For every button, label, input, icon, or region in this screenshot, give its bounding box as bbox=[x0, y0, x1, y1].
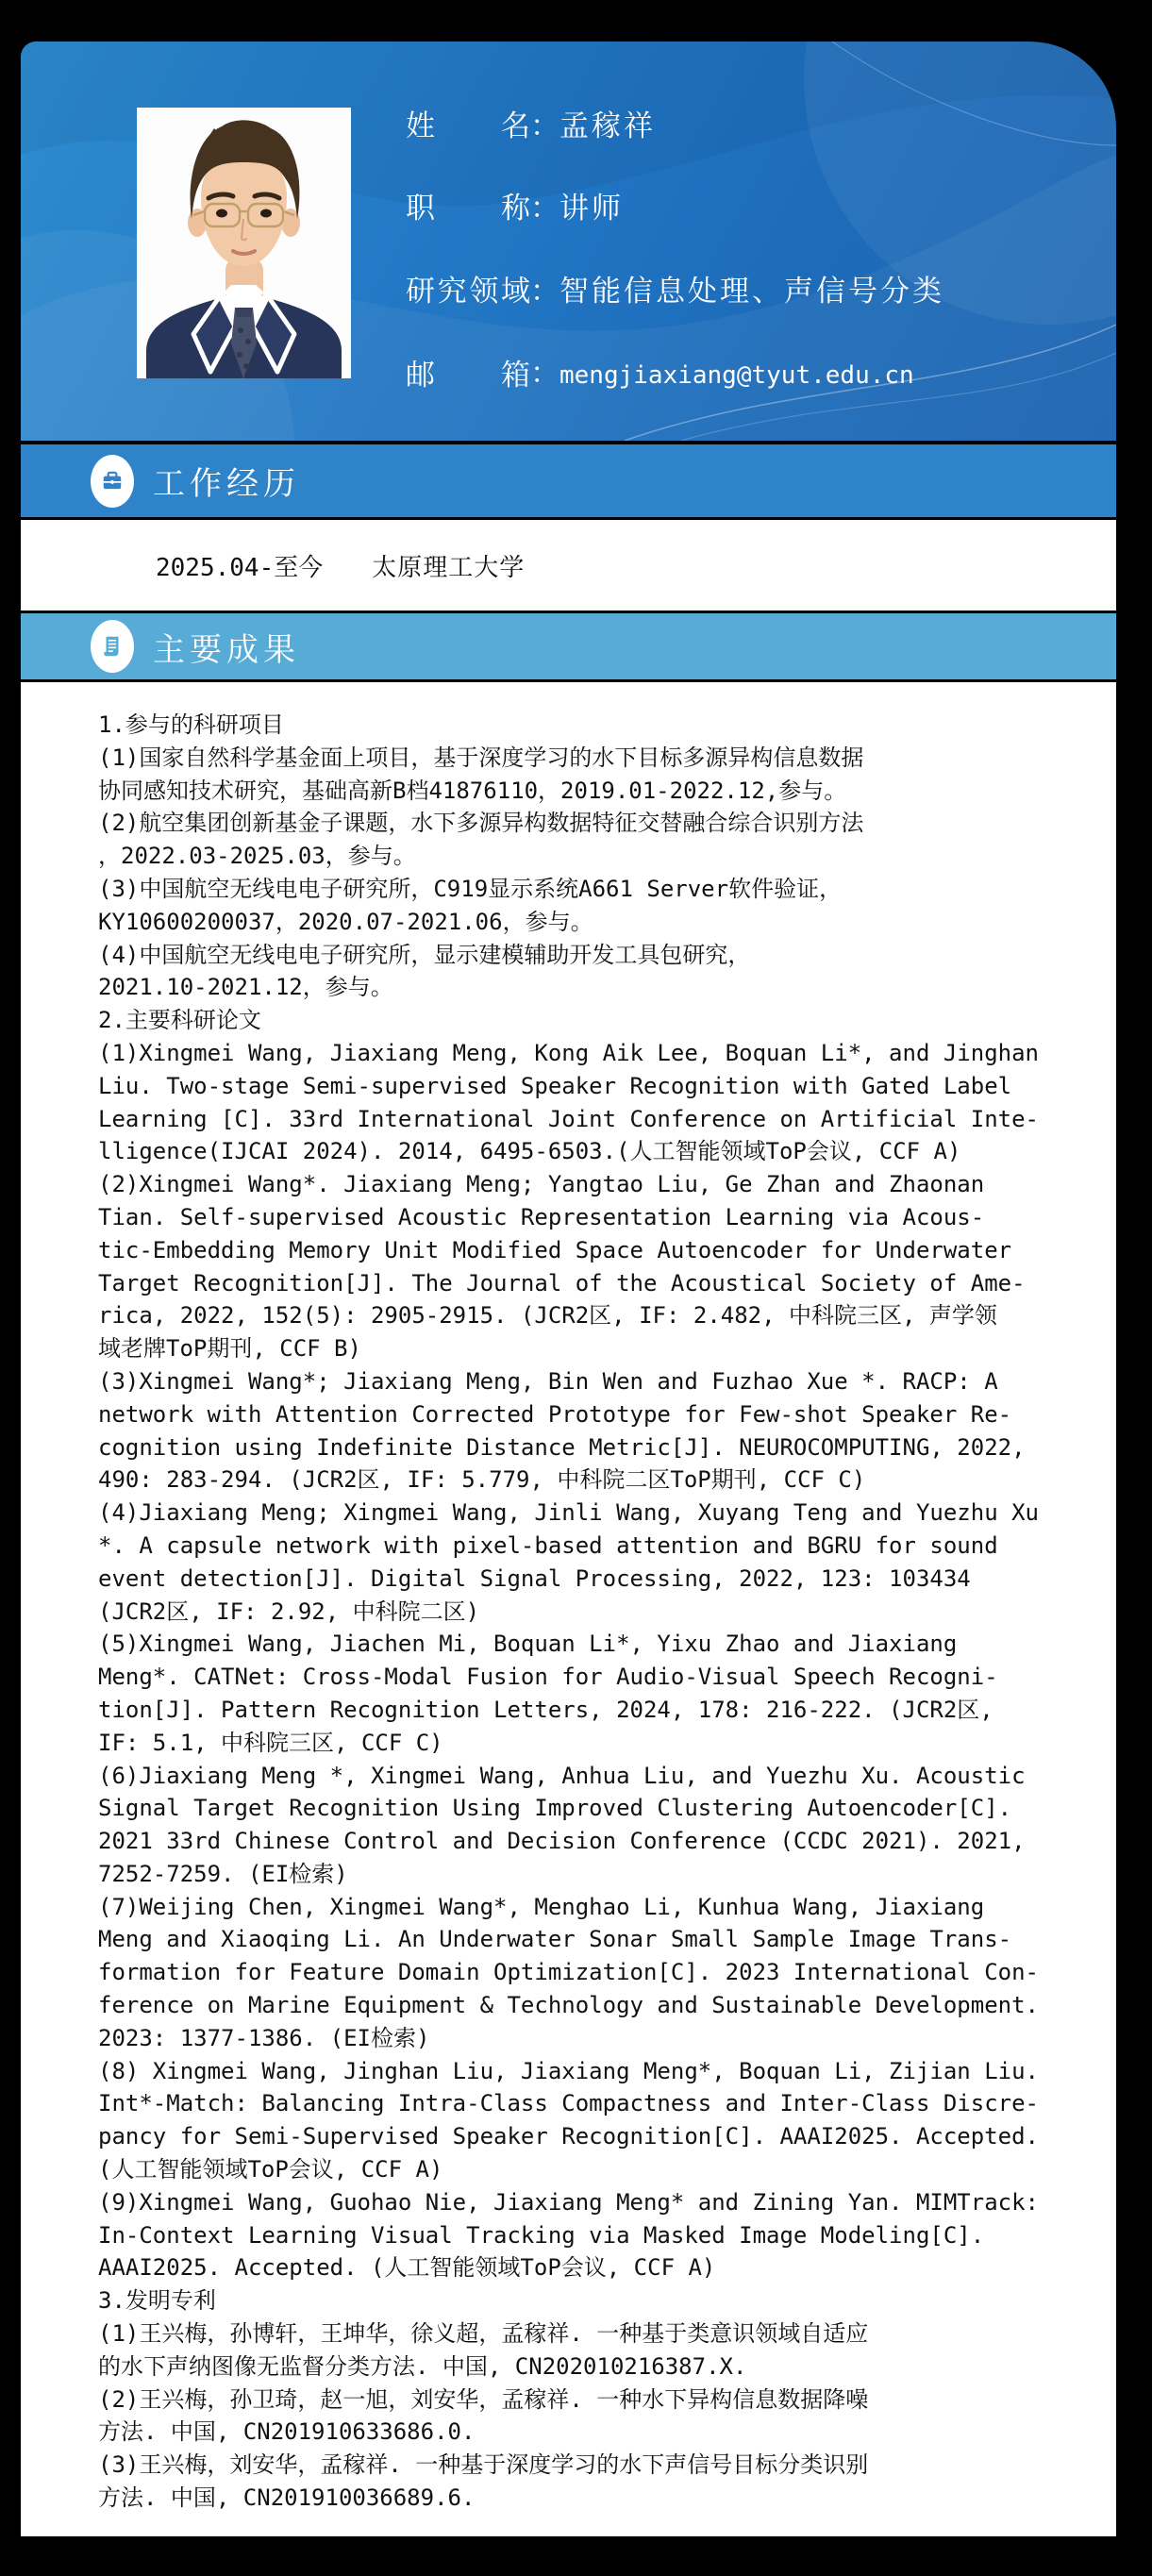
result-line: 1.参与的科研项目 bbox=[98, 709, 1099, 742]
result-line: (5)Xingmei Wang, Jiachen Mi, Boquan Li*,… bbox=[98, 1628, 1099, 1661]
result-line: 2.主要科研论文 bbox=[98, 1004, 1099, 1037]
result-line: Target Recognition[J]. The Journal of th… bbox=[98, 1267, 1099, 1300]
result-line: (人工智能领域ToP会议, CCF A) bbox=[98, 2153, 1099, 2186]
result-line: (9)Xingmei Wang, Guohao Nie, Jiaxiang Me… bbox=[98, 2186, 1099, 2219]
result-line: Liu. Two-stage Semi-supervised Speaker R… bbox=[98, 1070, 1099, 1103]
result-line: *. A capsule network with pixel-based at… bbox=[98, 1530, 1099, 1563]
work-experience-content: 2025.04-至今 太原理工大学 bbox=[21, 520, 1116, 611]
result-line: (1)王兴梅，孙博轩，王坤华，徐义超，孟稼祥. 一种基于类意识领域自适应 bbox=[98, 2317, 1099, 2350]
result-line: (3)中国航空无线电电子研究所，C919显示系统A661 Server软件验证， bbox=[98, 873, 1099, 906]
main-results-content: 1.参与的科研项目 (1)国家自然科学基金面上项目，基于深度学习的水下目标多源异… bbox=[21, 682, 1116, 2536]
result-line: (4)Jiaxiang Meng; Xingmei Wang, Jinli Wa… bbox=[98, 1497, 1099, 1530]
result-line: event detection[J]. Digital Signal Proce… bbox=[98, 1563, 1099, 1596]
result-line: KY10600200037，2020.07-2021.06，参与。 bbox=[98, 906, 1099, 939]
colon: ： bbox=[530, 192, 559, 226]
result-line: tic-Embedding Memory Unit Modified Space… bbox=[98, 1234, 1099, 1267]
name-row: 姓名：孟稼祥 bbox=[406, 109, 1116, 143]
result-line: formation for Feature Domain Optimizatio… bbox=[98, 1956, 1099, 1989]
result-line: cognition using Indefinite Distance Metr… bbox=[98, 1431, 1099, 1464]
result-line: (2)Xingmei Wang*. Jiaxiang Meng; Yangtao… bbox=[98, 1168, 1099, 1201]
result-line: AAAI2025. Accepted. (人工智能领域ToP会议, CCF A) bbox=[98, 2251, 1099, 2284]
portrait-photo bbox=[137, 108, 351, 378]
result-line: tion[J]. Pattern Recognition Letters, 20… bbox=[98, 1694, 1099, 1727]
portrait-illustration bbox=[137, 108, 351, 378]
colon: ： bbox=[530, 275, 559, 309]
result-line: 7252-7259. (EI检索) bbox=[98, 1858, 1099, 1891]
section-title-main-results: 主要成果 bbox=[153, 624, 300, 670]
result-line: 协同感知技术研究，基础高新B档41876110，2019.01-2022.12,… bbox=[98, 775, 1099, 808]
result-line: (4)中国航空无线电电子研究所，显示建模辅助开发工具包研究， bbox=[98, 939, 1099, 972]
section-title-work-experience: 工作经历 bbox=[153, 458, 300, 504]
result-line: (3)Xingmei Wang*; Jiaxiang Meng, Bin Wen… bbox=[98, 1365, 1099, 1398]
result-line: (2)王兴梅，孙卫琦，赵一旭，刘安华，孟稼祥. 一种水下异构信息数据降噪 bbox=[98, 2384, 1099, 2417]
briefcase-icon bbox=[91, 455, 134, 508]
result-line: pancy for Semi-Supervised Speaker Recogn… bbox=[98, 2120, 1099, 2153]
result-line: (6)Jiaxiang Meng *, Xingmei Wang, Anhua … bbox=[98, 1760, 1099, 1793]
result-line: network with Attention Corrected Prototy… bbox=[98, 1398, 1099, 1431]
result-line: 2021 33rd Chinese Control and Decision C… bbox=[98, 1825, 1099, 1858]
result-line: IF: 5.1, 中科院三区, CCF C) bbox=[98, 1727, 1099, 1760]
email-row: 邮箱：mengjiaxiang@tyut.edu.cn bbox=[406, 357, 1116, 393]
result-line: (1)国家自然科学基金面上项目，基于深度学习的水下目标多源异构信息数据 bbox=[98, 742, 1099, 775]
field-value: 智能信息处理、声信号分类 bbox=[559, 275, 944, 309]
colon: ： bbox=[530, 357, 559, 391]
profile-header: 姓名：孟稼祥 职称：讲师 研究领域：智能信息处理、声信号分类 邮箱：mengji… bbox=[21, 42, 1116, 441]
result-line: 域老牌ToP期刊, CCF B) bbox=[98, 1332, 1099, 1365]
result-line: Meng and Xiaoqing Li. An Underwater Sona… bbox=[98, 1923, 1099, 1956]
result-line: 490: 283-294. (JCR2区, IF: 5.779, 中科院二区To… bbox=[98, 1464, 1099, 1497]
result-line: Meng*. CATNet: Cross-Modal Fusion for Au… bbox=[98, 1661, 1099, 1694]
section-bar-work-experience: 工作经历 bbox=[21, 444, 1116, 517]
document-icon bbox=[91, 620, 134, 673]
work-period: 2025.04-至今 bbox=[156, 548, 323, 583]
result-line: 3.发明专利 bbox=[98, 2284, 1099, 2317]
result-line: Learning [C]. 33rd International Joint C… bbox=[98, 1103, 1099, 1136]
name-label: 姓名 bbox=[406, 109, 530, 143]
result-line: 2023: 1377-1386. (EI检索) bbox=[98, 2022, 1099, 2055]
result-line: (JCR2区, IF: 2.92, 中科院二区) bbox=[98, 1596, 1099, 1629]
profile-page: 姓名：孟稼祥 职称：讲师 研究领域：智能信息处理、声信号分类 邮箱：mengji… bbox=[0, 0, 1152, 2576]
result-line: (3)王兴梅，刘安华，孟稼祥. 一种基于深度学习的水下声信号目标分类识别 bbox=[98, 2449, 1099, 2482]
result-line: Int*-Match: Balancing Intra-Class Compac… bbox=[98, 2087, 1099, 2120]
result-line: In-Context Learning Visual Tracking via … bbox=[98, 2219, 1099, 2252]
section-bar-main-results: 主要成果 bbox=[21, 613, 1116, 679]
name-value: 孟稼祥 bbox=[559, 109, 656, 143]
field-row: 研究领域：智能信息处理、声信号分类 bbox=[406, 275, 1116, 309]
result-line: ，2022.03-2025.03，参与。 bbox=[98, 840, 1099, 873]
result-line: Signal Target Recognition Using Improved… bbox=[98, 1792, 1099, 1825]
result-line: 方法. 中国, CN201910036689.6. bbox=[98, 2482, 1099, 2515]
email-label: 邮箱 bbox=[406, 359, 530, 393]
result-line: 2021.10-2021.12，参与。 bbox=[98, 971, 1099, 1004]
title-label: 职称 bbox=[406, 192, 530, 226]
result-line: ference on Marine Equipment & Technology… bbox=[98, 1989, 1099, 2022]
result-line: 的水下声纳图像无监督分类方法. 中国, CN202010216387.X. bbox=[98, 2350, 1099, 2384]
result-line: (8) Xingmei Wang, Jinghan Liu, Jiaxiang … bbox=[98, 2055, 1099, 2088]
result-line: Tian. Self-supervised Acoustic Represent… bbox=[98, 1201, 1099, 1234]
result-line: rica, 2022, 152(5): 2905-2915. (JCR2区, I… bbox=[98, 1299, 1099, 1332]
result-line: (7)Weijing Chen, Xingmei Wang*, Menghao … bbox=[98, 1891, 1099, 1924]
title-row: 职称：讲师 bbox=[406, 192, 1116, 226]
content-column: 姓名：孟稼祥 职称：讲师 研究领域：智能信息处理、声信号分类 邮箱：mengji… bbox=[21, 42, 1116, 2536]
title-value: 讲师 bbox=[559, 192, 624, 226]
email-value: mengjiaxiang@tyut.edu.cn bbox=[559, 361, 914, 390]
result-line: 方法. 中国, CN201910633686.0. bbox=[98, 2416, 1099, 2449]
field-label: 研究领域 bbox=[406, 275, 530, 309]
result-line: lligence(IJCAI 2024). 2014, 6495-6503.(人… bbox=[98, 1135, 1099, 1168]
work-organization: 太原理工大学 bbox=[372, 548, 525, 583]
result-line: (1)Xingmei Wang, Jiaxiang Meng, Kong Aik… bbox=[98, 1037, 1099, 1070]
result-line: (2)航空集团创新基金子课题，水下多源异构数据特征交替融合综合识别方法 bbox=[98, 807, 1099, 840]
profile-info: 姓名：孟稼祥 职称：讲师 研究领域：智能信息处理、声信号分类 邮箱：mengji… bbox=[406, 109, 1116, 393]
colon: ： bbox=[530, 109, 559, 143]
